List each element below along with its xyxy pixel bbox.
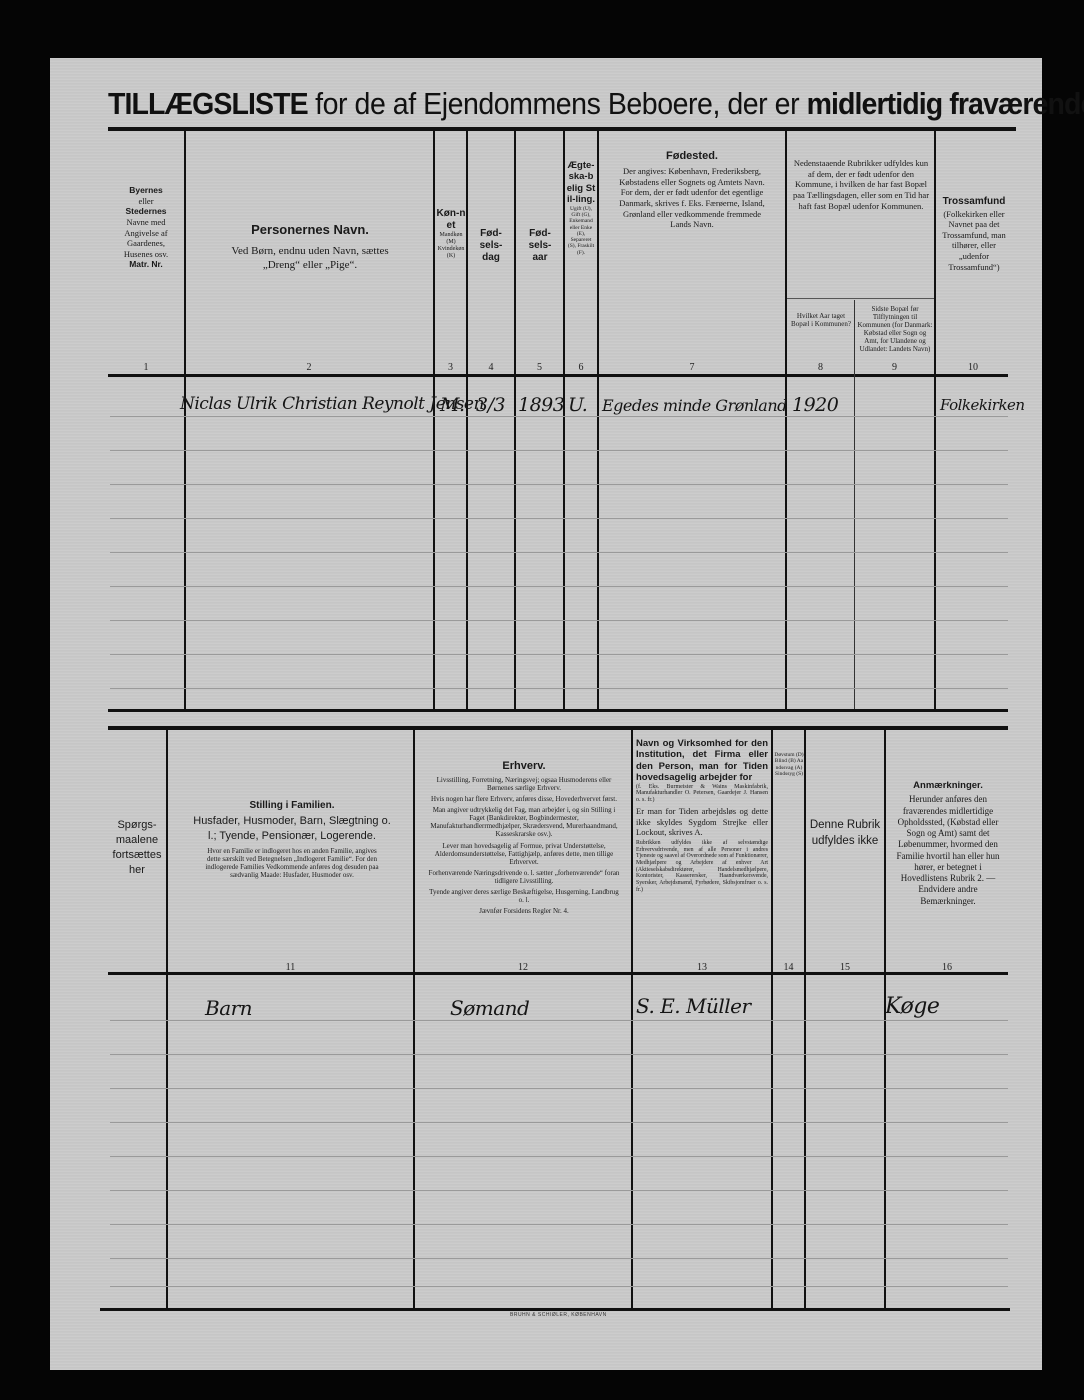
header-col-8: Hvilket Aar taget Bopæl i Kommunen? bbox=[790, 312, 852, 328]
col-divider-15-16 bbox=[884, 730, 886, 1308]
entry-religion: Folkekirken bbox=[940, 396, 1025, 414]
col-number-3: 3 bbox=[435, 362, 466, 373]
col-divider-11-12 bbox=[413, 730, 415, 1308]
entry-occupation: Sømand bbox=[450, 996, 529, 1020]
col-number-12: 12 bbox=[415, 962, 631, 973]
entry-sex: M. bbox=[440, 394, 465, 416]
top-header-bottom-border bbox=[108, 374, 1008, 377]
entry-employer: S. E. Müller bbox=[636, 994, 751, 1018]
col-divider-1-2 bbox=[184, 131, 186, 709]
col-divider-3-4 bbox=[466, 131, 468, 709]
col-number-2: 2 bbox=[186, 362, 432, 373]
entry-year-moved: 1920 bbox=[792, 394, 838, 416]
ruled-line bbox=[110, 1258, 1008, 1259]
header-col-2: Personernes Navn. Ved Børn, endnu uden N… bbox=[190, 222, 430, 273]
entry-name: Niclas Ulrik Christian Reynolt Jensen bbox=[180, 394, 484, 414]
col-number-16: 16 bbox=[886, 962, 1008, 973]
col-divider-14-15 bbox=[804, 730, 806, 1308]
header-col-12: Erhverv. Livsstilling, Forretning, Nærin… bbox=[420, 760, 628, 915]
col-divider-4-5 bbox=[514, 131, 516, 709]
col-divider-2-3 bbox=[433, 131, 435, 709]
entry-birth-day: 3/3 bbox=[476, 394, 505, 416]
ruled-line bbox=[110, 552, 1008, 553]
header-col-7: Fødested. Der angives: København, Freder… bbox=[604, 150, 780, 230]
col-8-9-subheader-line bbox=[787, 298, 935, 299]
ruled-line bbox=[110, 1088, 1008, 1089]
col-divider-13-14 bbox=[771, 730, 773, 1308]
col-number-14: 14 bbox=[773, 962, 804, 973]
ruled-line bbox=[110, 1286, 1008, 1287]
col-divider-12-13 bbox=[631, 730, 633, 1308]
ruled-line bbox=[110, 1190, 1008, 1191]
entry-marital-status: U. bbox=[568, 394, 587, 416]
ruled-line bbox=[110, 586, 1008, 587]
ruled-line bbox=[110, 1020, 1008, 1021]
header-col-8-9-group: Nedenstaaende Rubrikker udfyldes kun af … bbox=[790, 158, 932, 211]
top-table-top-border bbox=[108, 127, 1016, 131]
title-main: TILLÆGSLISTE bbox=[108, 86, 308, 121]
entry-remarks: Køge bbox=[885, 994, 939, 1019]
ruled-line bbox=[110, 518, 1008, 519]
title-end: midlertidig fraværende. bbox=[807, 86, 1084, 121]
col-number-13: 13 bbox=[633, 962, 771, 973]
ruled-line bbox=[110, 688, 1008, 689]
header-col-10: Trossamfund (Folkekirken eller Navnet pa… bbox=[938, 196, 1010, 272]
entry-birth-year: 1893 bbox=[518, 394, 564, 416]
ruled-line bbox=[110, 416, 1008, 417]
printer-mark: BRUHN & SCHIØLER, KØBENHAVN bbox=[510, 1312, 607, 1318]
header-col-4: Fød-sels-dag bbox=[470, 228, 512, 264]
ruled-line bbox=[110, 1156, 1008, 1157]
ruled-line bbox=[110, 654, 1008, 655]
ruled-line bbox=[110, 484, 1008, 485]
top-table-bottom-border bbox=[108, 709, 1008, 712]
entry-family-position: Barn bbox=[205, 996, 252, 1020]
col-number-8: 8 bbox=[787, 362, 854, 373]
entry-birthplace: Egedes minde Grønland bbox=[602, 396, 787, 415]
side-label: Spørgs-maalene fortsættes her bbox=[110, 818, 164, 877]
col-divider-6-7 bbox=[597, 131, 599, 709]
title-middle: for de af Ejendommens Beboere, der er bbox=[315, 86, 799, 121]
header-col-1: Byernes eller Stedernes Navne med Angive… bbox=[110, 185, 182, 270]
header-col-15: Denne Rubrik udfyldes ikke bbox=[808, 818, 882, 849]
ruled-line bbox=[110, 1122, 1008, 1123]
col-number-7: 7 bbox=[599, 362, 785, 373]
ruled-line bbox=[110, 1224, 1008, 1225]
header-col-3: Køn-net Mandkøn (M) Kvindekøn (K) bbox=[436, 208, 466, 260]
header-col-16: Anmærkninger. Herunder anføres den fravæ… bbox=[890, 780, 1006, 907]
col-number-6: 6 bbox=[565, 362, 597, 373]
header-col-6: Ægte-ska-belig Stil-ling. Ugift (U), Gif… bbox=[566, 160, 596, 256]
ruled-line bbox=[110, 1054, 1008, 1055]
col-divider-7-8 bbox=[785, 131, 787, 709]
col-divider-side-11 bbox=[166, 730, 168, 1308]
col-number-11: 11 bbox=[168, 962, 413, 973]
col-divider-9-10 bbox=[934, 131, 936, 709]
col-number-15: 15 bbox=[806, 962, 884, 973]
header-col-13: Navn og Virksomhed for den Institution, … bbox=[636, 738, 768, 893]
col-number-9: 9 bbox=[855, 362, 934, 373]
col-number-1: 1 bbox=[110, 362, 182, 373]
col-number-10: 10 bbox=[936, 362, 1010, 373]
header-col-11: Stilling i Familien. Husfader, Husmoder,… bbox=[175, 800, 409, 879]
header-col-5: Fød-sels-aar bbox=[518, 228, 562, 264]
header-col-14: Døvstum (D) Blind (B) Aandssvag (A) Sind… bbox=[774, 752, 804, 777]
col-divider-5-6 bbox=[563, 131, 565, 709]
ruled-line bbox=[110, 450, 1008, 451]
header-col-9: Sidste Bopæl før Tilflytningen til Kommu… bbox=[857, 305, 933, 353]
col-number-4: 4 bbox=[468, 362, 514, 373]
bottom-table-bottom-border bbox=[100, 1308, 1010, 1311]
ruled-line bbox=[110, 620, 1008, 621]
col-number-5: 5 bbox=[516, 362, 563, 373]
bottom-table-top-border bbox=[108, 726, 1008, 730]
form-title: TILLÆGSLISTE for de af Ejendommens Beboe… bbox=[108, 86, 945, 122]
